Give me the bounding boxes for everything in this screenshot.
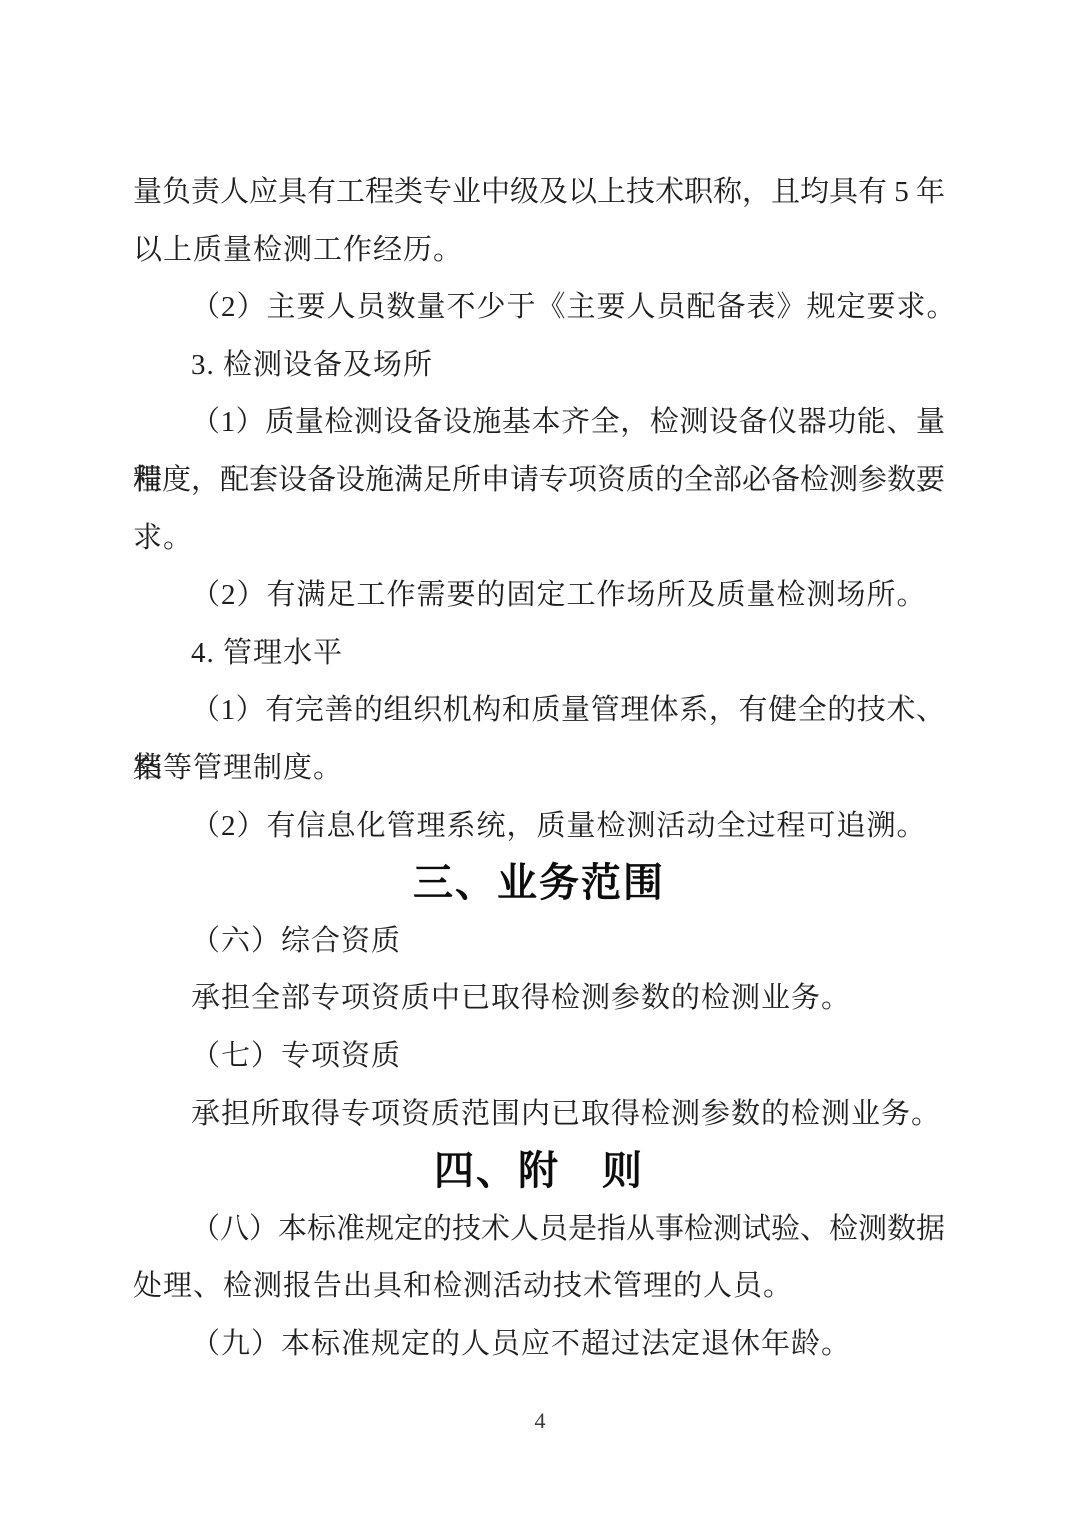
paragraph-line: 量负责人应具有工程类专业中级及以上技术职称，且均具有 5 年 <box>133 164 945 222</box>
numbered-item-heading: 3. 检测设备及场所 <box>133 337 945 395</box>
clause-heading: （七）专项资质 <box>133 1028 945 1086</box>
paragraph-line: 以上质量检测工作经历。 <box>133 222 945 280</box>
document-page: 量负责人应具有工程类专业中级及以上技术职称，且均具有 5 年 以上质量检测工作经… <box>0 0 1080 1527</box>
paragraph-line: （1）质量检测设备设施基本齐全，检测设备仪器功能、量程、 <box>133 394 945 452</box>
document-body: 量负责人应具有工程类专业中级及以上技术职称，且均具有 5 年 以上质量检测工作经… <box>133 164 945 1373</box>
section-heading-business-scope: 三、业务范围 <box>133 855 945 913</box>
paragraph-line: （九）本标准规定的人员应不超过法定退休年龄。 <box>133 1316 945 1374</box>
paragraph-line: 承担所取得专项资质范围内已取得检测参数的检测业务。 <box>133 1086 945 1144</box>
numbered-item-heading: 4. 管理水平 <box>133 625 945 683</box>
paragraph-line: 精度，配套设备设施满足所申请专项资质的全部必备检测参数要 <box>133 452 945 510</box>
paragraph-line: （八）本标准规定的技术人员是指从事检测试验、检测数据 <box>133 1201 945 1259</box>
paragraph-line: 求。 <box>133 510 945 568</box>
paragraph-line: 处理、检测报告出具和检测活动技术管理的人员。 <box>133 1258 945 1316</box>
paragraph-line: （2）有满足工作需要的固定工作场所及质量检测场所。 <box>133 567 945 625</box>
paragraph-line: 案等管理制度。 <box>133 740 945 798</box>
paragraph-line: 承担全部专项资质中已取得检测参数的检测业务。 <box>133 970 945 1028</box>
paragraph-line: （2）有信息化管理系统，质量检测活动全过程可追溯。 <box>133 798 945 856</box>
paragraph-line: （2）主要人员数量不少于《主要人员配备表》规定要求。 <box>133 279 945 337</box>
paragraph-line: （1）有完善的组织机构和质量管理体系，有健全的技术、档 <box>133 682 945 740</box>
page-number: 4 <box>0 1408 1080 1434</box>
section-heading-appendix: 四、附 则 <box>133 1143 945 1201</box>
clause-heading: （六）综合资质 <box>133 913 945 971</box>
